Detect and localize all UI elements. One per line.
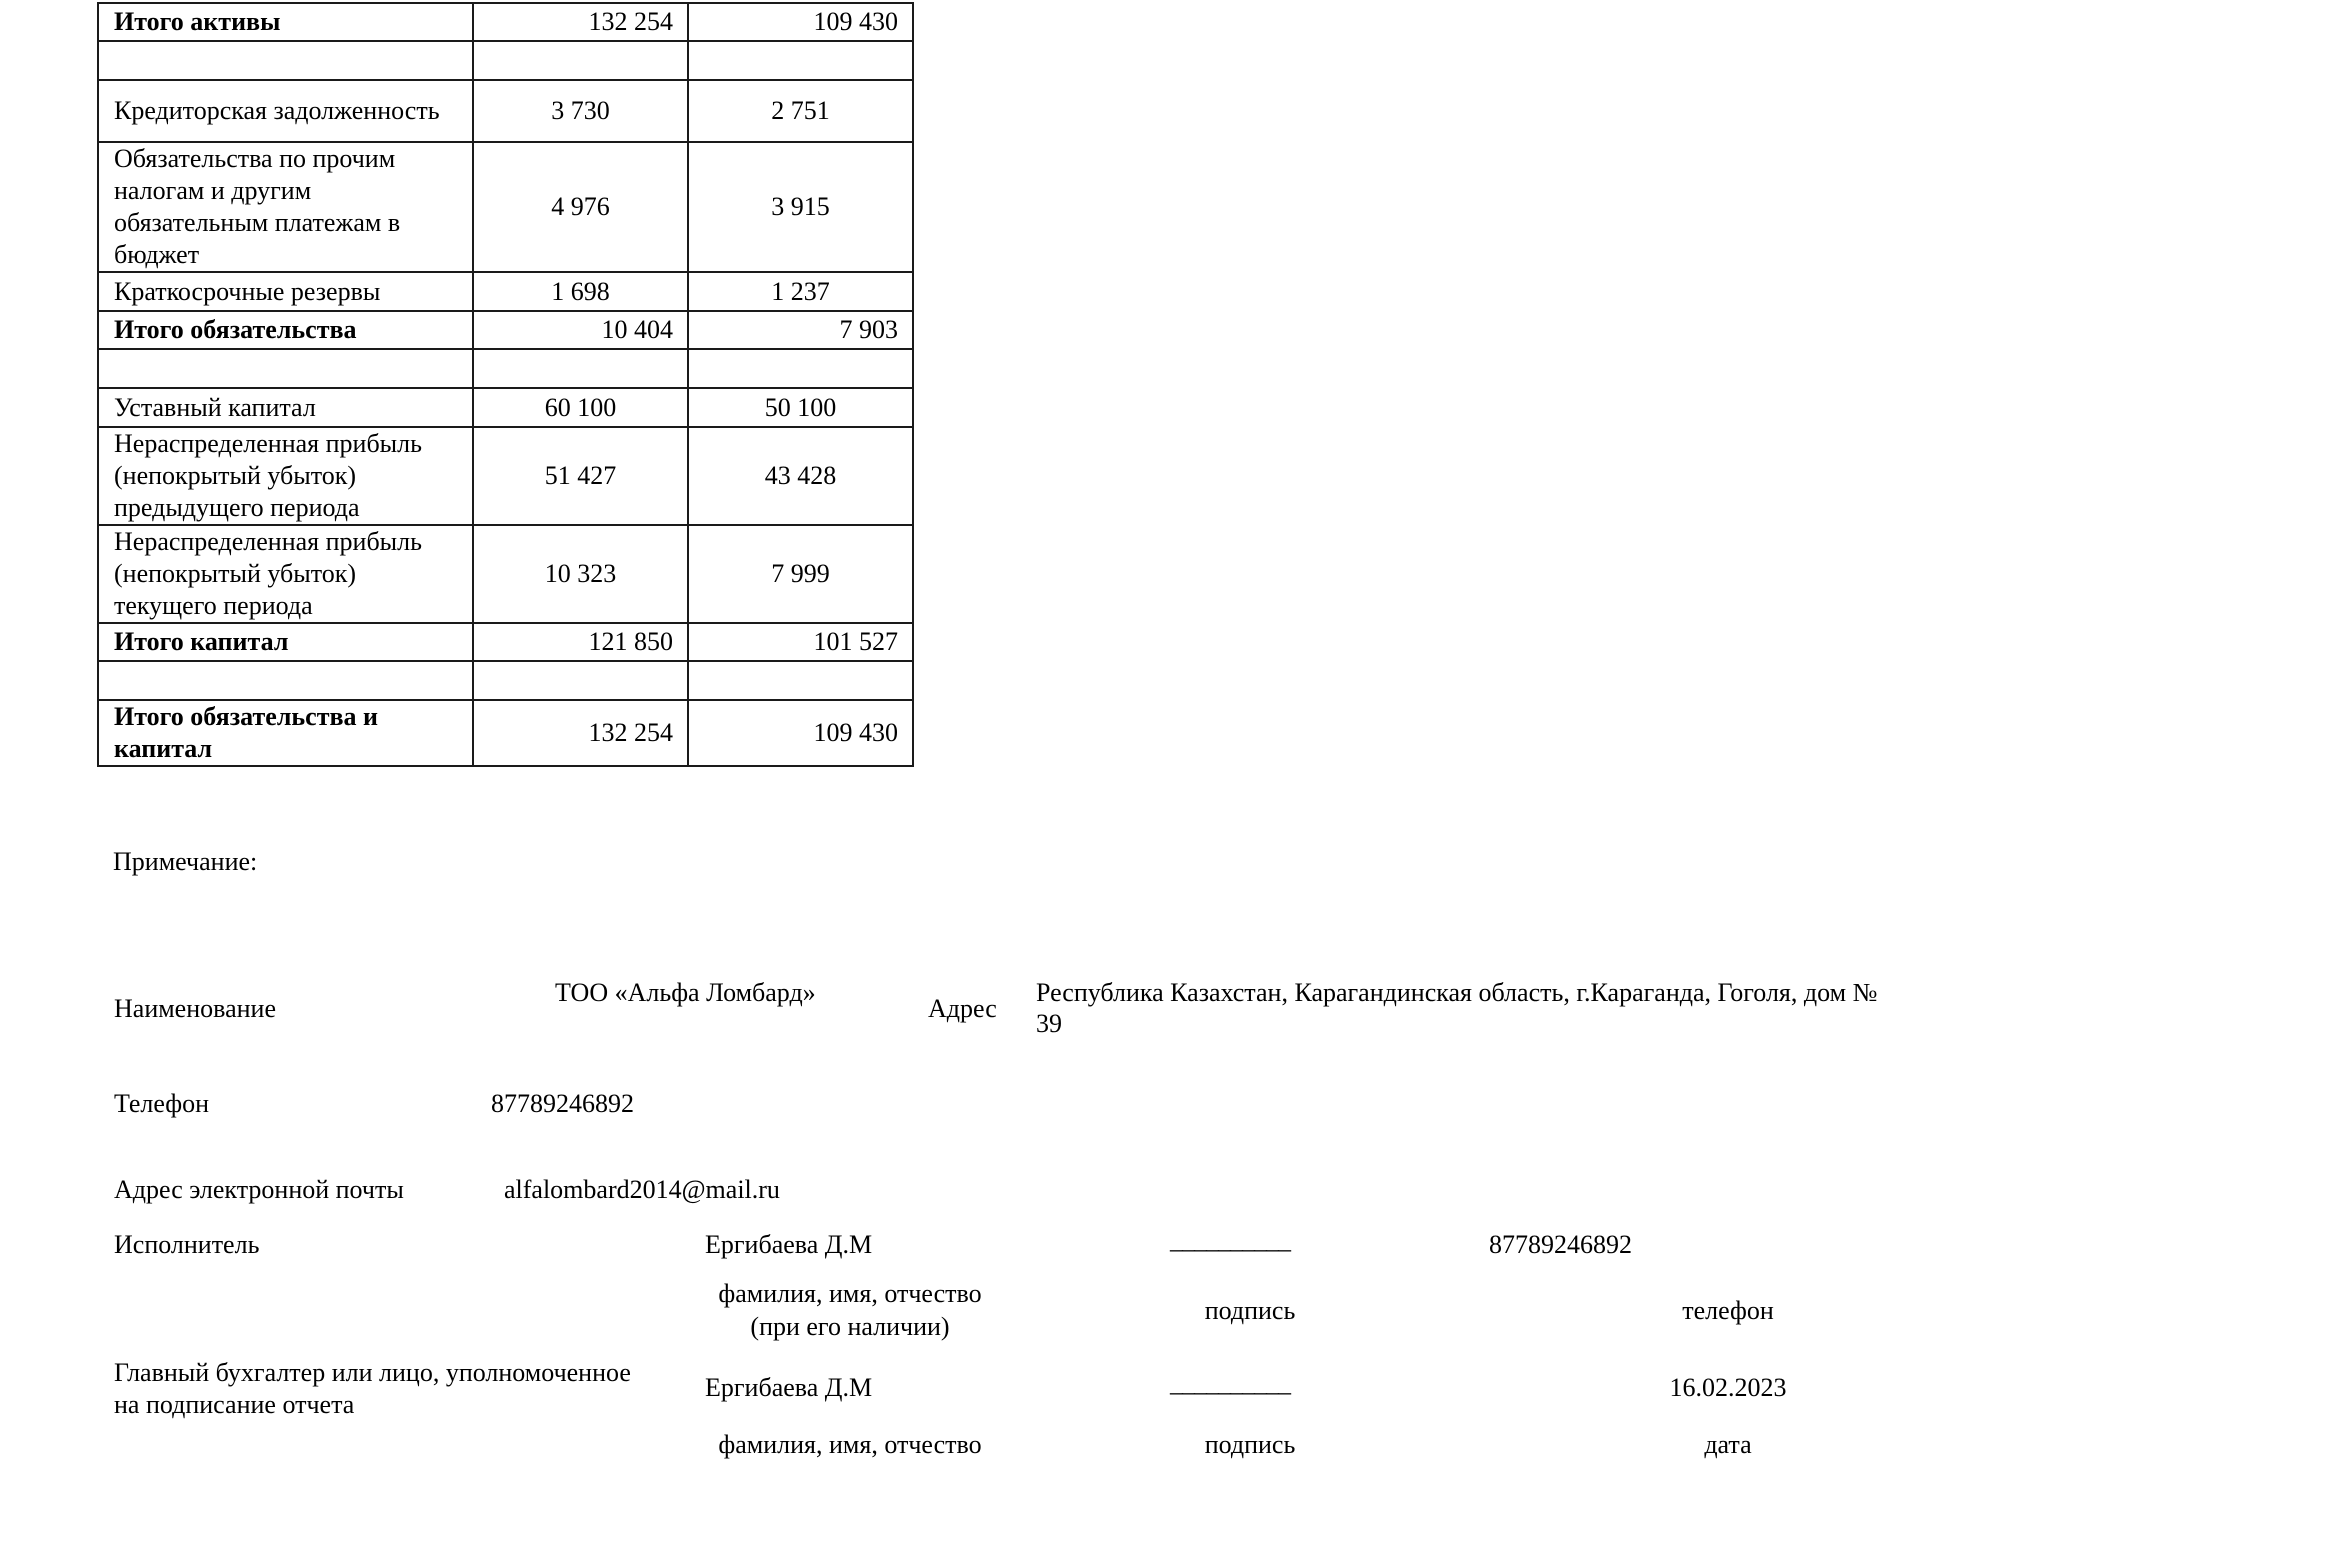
accountant-name: Ергибаева Д.М — [705, 1372, 872, 1404]
current-period-value — [473, 349, 688, 388]
table-row: Нераспределенная прибыль (непокрытый убы… — [98, 427, 913, 525]
previous-period-value: 2 751 — [688, 80, 913, 142]
current-period-value: 60 100 — [473, 388, 688, 427]
previous-period-value: 1 237 — [688, 272, 913, 311]
current-period-value: 10 404 — [473, 311, 688, 349]
phone-label: Телефон — [114, 1088, 209, 1120]
previous-period-value: 43 428 — [688, 427, 913, 525]
current-period-value: 132 254 — [473, 3, 688, 41]
previous-period-value — [688, 41, 913, 80]
current-period-value: 4 976 — [473, 142, 688, 272]
phone-value: 87789246892 — [491, 1088, 634, 1120]
address-line-2: 39 — [1036, 1008, 1062, 1040]
table-row-empty — [98, 661, 913, 700]
note-label: Примечание: — [113, 846, 257, 878]
table-row: Обязательства по прочим налогам и другим… — [98, 142, 913, 272]
current-period-value: 1 698 — [473, 272, 688, 311]
company-name-value: ТОО «Альфа Ломбард» — [555, 977, 816, 1009]
table-row-empty — [98, 349, 913, 388]
table-row: Уставный капитал 60 100 50 100 — [98, 388, 913, 427]
previous-period-value: 109 430 — [688, 700, 913, 766]
table-row: Кредиторская задолженность 3 730 2 751 — [98, 80, 913, 142]
company-name-label: Наименование — [114, 993, 276, 1025]
row-label — [98, 41, 473, 80]
address-line-1: Республика Казахстан, Карагандинская обл… — [1036, 977, 1877, 1009]
balance-sheet-table: Итого активы 132 254 109 430 Кредиторска… — [97, 2, 914, 767]
caption-fio-line-2: (при его наличии) — [700, 1311, 1000, 1343]
email-label: Адрес электронной почты — [114, 1174, 404, 1206]
previous-period-value: 7 903 — [688, 311, 913, 349]
row-label: Итого капитал — [98, 623, 473, 661]
previous-period-value: 7 999 — [688, 525, 913, 623]
executor-phone: 87789246892 — [1489, 1229, 1632, 1261]
table-row: Итого обязательства и капитал 132 254 10… — [98, 700, 913, 766]
executor-name: Ергибаева Д.М — [705, 1229, 872, 1261]
table-row-empty — [98, 41, 913, 80]
current-period-value: 51 427 — [473, 427, 688, 525]
caption-fio-2: фамилия, имя, отчество — [700, 1429, 1000, 1461]
previous-period-value — [688, 661, 913, 700]
row-label — [98, 661, 473, 700]
table-row: Итого обязательства 10 404 7 903 — [98, 311, 913, 349]
previous-period-value — [688, 349, 913, 388]
current-period-value — [473, 41, 688, 80]
current-period-value — [473, 661, 688, 700]
table-row: Итого капитал 121 850 101 527 — [98, 623, 913, 661]
accountant-label-line-1: Главный бухгалтер или лицо, уполномоченн… — [114, 1357, 631, 1389]
row-label: Итого обязательства — [98, 311, 473, 349]
caption-phone: телефон — [1628, 1295, 1828, 1327]
current-period-value: 132 254 — [473, 700, 688, 766]
row-label: Нераспределенная прибыль (непокрытый убы… — [98, 525, 473, 623]
current-period-value: 121 850 — [473, 623, 688, 661]
row-label: Краткосрочные резервы — [98, 272, 473, 311]
previous-period-value: 101 527 — [688, 623, 913, 661]
accountant-date: 16.02.2023 — [1628, 1372, 1828, 1404]
previous-period-value: 109 430 — [688, 3, 913, 41]
table-row: Краткосрочные резервы 1 698 1 237 — [98, 272, 913, 311]
row-label — [98, 349, 473, 388]
caption-fio-line-1: фамилия, имя, отчество — [700, 1278, 1000, 1310]
row-label: Обязательства по прочим налогам и другим… — [98, 142, 473, 272]
address-label: Адрес — [928, 993, 997, 1025]
accountant-label-line-2: на подписание отчета — [114, 1389, 354, 1421]
table-row: Итого активы 132 254 109 430 — [98, 3, 913, 41]
caption-signature: подпись — [1150, 1295, 1350, 1327]
current-period-value: 3 730 — [473, 80, 688, 142]
table-row: Нераспределенная прибыль (непокрытый убы… — [98, 525, 913, 623]
row-label: Нераспределенная прибыль (непокрытый убы… — [98, 427, 473, 525]
row-label: Итого активы — [98, 3, 473, 41]
executor-label: Исполнитель — [114, 1229, 259, 1261]
accountant-signature-line: __________ — [1170, 1367, 1290, 1399]
previous-period-value: 3 915 — [688, 142, 913, 272]
row-label: Итого обязательства и капитал — [98, 700, 473, 766]
previous-period-value: 50 100 — [688, 388, 913, 427]
email-value: alfalombard2014@mail.ru — [504, 1174, 780, 1206]
row-label: Кредиторская задолженность — [98, 80, 473, 142]
current-period-value: 10 323 — [473, 525, 688, 623]
executor-signature-line: __________ — [1170, 1224, 1290, 1256]
row-label: Уставный капитал — [98, 388, 473, 427]
caption-date: дата — [1628, 1429, 1828, 1461]
caption-signature-2: подпись — [1150, 1429, 1350, 1461]
